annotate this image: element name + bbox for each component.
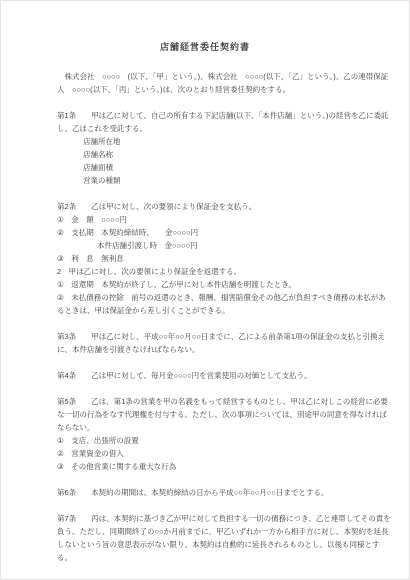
paragraph-line: 第2条 乙は甲に対し、次の要領により保証金を支払う。: [57, 200, 391, 213]
paragraph-line: 2 甲は乙に対し、次の要領により保証金を返還する。: [57, 265, 391, 278]
paragraph-line: ② 営業資金の借入: [57, 447, 391, 460]
paragraph-line: 第3条 甲は乙に対し、平成○○年○○月○○日までに、乙による前条第1項の保証金の…: [57, 330, 391, 356]
paragraph-gap: [57, 187, 391, 200]
document-title: 店舗経営委任契約書: [1, 41, 409, 53]
paragraph-line: 第7条 丙は、本契約に基づき乙が甲に対して負担する一切の債務につき、乙と連帯して…: [57, 512, 391, 564]
paragraph-line: 営業の種類: [57, 174, 391, 187]
document-body: 株式会社 ○○○○ (以下、「甲」という。)、株式会社 ○○○○(以下、「乙」と…: [57, 70, 391, 564]
paragraph-gap: [57, 499, 391, 512]
paragraph-line: 店舗所在地: [57, 135, 391, 148]
paragraph-gap: [57, 317, 391, 330]
paragraph-line: ① 金 額 ○○○○円: [57, 213, 391, 226]
paragraph-line: ① 返還期 本契約が終了し、乙が甲に対し本件店舗を明渡したとき。: [57, 278, 391, 291]
paragraph-gap: [57, 382, 391, 395]
paragraph-line: ② 未払債務の控除 前号の返還のとき、報酬、損害賠償金その他乙が負担すべき債務の…: [57, 291, 391, 317]
paragraph-gap: [57, 356, 391, 369]
paragraph-line: 第6条 本契約の期間は、本契約締結の日から平成○○年○○月○○日までとする。: [57, 486, 391, 499]
paragraph-line: 第4条 乙は甲に対して、毎月金○○○○円を営業使用の対価として支払う。: [57, 369, 391, 382]
paragraph-line: ③ 利 息 無利息: [57, 252, 391, 265]
paragraph-line: 店舗名称: [57, 148, 391, 161]
paragraph-line: ③ その他営業に関する重大な行為: [57, 460, 391, 473]
paragraph-line: 店舗面積: [57, 161, 391, 174]
paragraph-line: ② 支払期 本契約締結時、 金○○○○円: [57, 226, 391, 239]
paragraph-line: ① 支店、出張所の設置: [57, 434, 391, 447]
paragraph-line: 株式会社 ○○○○ (以下、「甲」という。)、株式会社 ○○○○(以下、「乙」と…: [57, 70, 391, 96]
paragraph-line: 本件店舗引渡し時 金○○○○円: [57, 239, 391, 252]
paragraph-gap: [57, 473, 391, 486]
paragraph-line: 第1条 甲は乙に対して、自己の所有する下記店舗(以下、「本件店舗」という。)の経…: [57, 109, 391, 135]
paragraph-line: 第5条 乙は、第1条の営業を甲の名義をもって経営するものとし、甲は乙に対しこの経…: [57, 395, 391, 434]
paragraph-gap: [57, 96, 391, 109]
contract-document-page: 店舗経営委任契約書 株式会社 ○○○○ (以下、「甲」という。)、株式会社 ○○…: [0, 0, 410, 580]
